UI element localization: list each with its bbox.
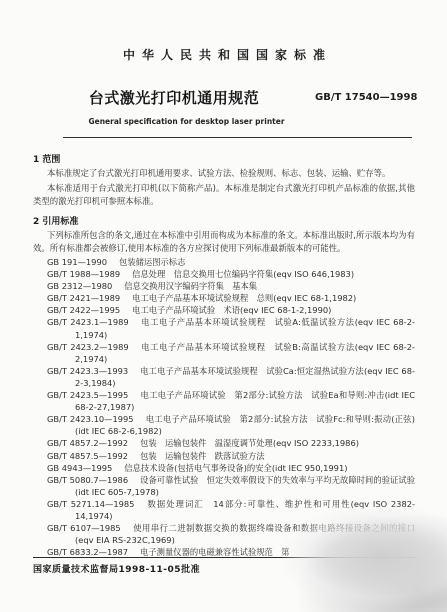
references-intro-paragraph: 下列标准所包含的条文,通过在本标准中引用而构成为本标准的条文。本标准出版时,所示… — [33, 229, 415, 255]
standard-reference-item: GB/T 4857.2—1992包装 运输包装件 温湿度调节处理(eqv ISO… — [33, 437, 415, 449]
standard-code: GB/T 2423.5—1995 — [47, 390, 128, 400]
standard-reference-item: GB/T 6107—1985使用串行二进制数据交换的数据终端设备和数据电路终接设… — [33, 522, 415, 546]
standard-reference-item: GB/T 5271.14—1985数据处理词汇 14部分:可靠性、维护性和可用性… — [33, 498, 415, 522]
standard-title-english: General specification for desktop laser … — [33, 117, 415, 126]
scope-paragraph-1: 本标准规定了台式激光打印机通用要求、试验方法、检验规则、标志、包装、运输、贮存等… — [33, 167, 415, 180]
scope-paragraph-2: 本标准适用于台式激光打印机(以下简称产品)。本标准是制定台式激光打印机产品标准的… — [33, 182, 415, 208]
standard-title: 信息交换用汉字编码字符集 基本集 — [124, 281, 257, 291]
standard-title: 包装 运输包装件 温湿度调节处理(eqv ISO 2233,1986) — [140, 438, 359, 448]
standard-reference-item: GB 191—1990包装储运图示标志 — [33, 256, 415, 268]
scanned-standard-page: { "header": { "country_heading": "中华人民共和… — [0, 0, 447, 612]
standard-reference-item: GB/T 5080.7—1986设备可靠性试验 恒定失效率假设下的失效率与平均无… — [33, 474, 415, 498]
standard-code: GB/T 2421—1989 — [47, 293, 120, 303]
standard-reference-item: GB/T 2423.2—1989电工电子产品基本环境试验规程 试验B:高温试验方… — [33, 341, 415, 365]
section-2-references-heading: 2 引用标准 — [33, 214, 415, 227]
standard-code: GB/T 5080.7—1986 — [47, 475, 128, 485]
standard-title: 电子测量仪器的电磁兼容性试验规范 第 — [140, 547, 289, 557]
referenced-standards-list: GB 191—1990包装储运图示标志GB/T 1988—1989信息处理 信息… — [33, 256, 415, 558]
standard-reference-item: GB 4943—1995信息技术设备(包括电气事务设备)的安全(idt IEC … — [33, 462, 415, 474]
standard-code: GB/T 1988—1989 — [47, 269, 120, 279]
header-divider-rule — [63, 137, 412, 138]
standard-code: GB 4943—1995 — [47, 463, 112, 473]
standard-code: GB/T 2423.1—1989 — [47, 317, 129, 327]
standard-title: 信息技术设备(包括电气事务设备)的安全(idt IEC 950,1991) — [124, 463, 347, 473]
standard-code: GB/T 2423.10—1995 — [47, 414, 134, 424]
standard-reference-item: GB/T 2423.10—1995电工电子产品环境试验 第2部分:试验方法 试验… — [33, 413, 415, 437]
standard-code: GB/T 2423.3—1993 — [47, 366, 128, 376]
standard-reference-item: GB/T 2423.5—1995电工电子产品环境试验 第2部分:试验方法 试验E… — [33, 389, 415, 413]
standard-code: GB/T 4857.5—1992 — [47, 451, 128, 461]
standard-code: GB/T 2422—1995 — [47, 305, 120, 315]
standard-reference-item: GB/T 2422—1995电工电子产品环境试验 术语(eqv IEC 68-1… — [33, 304, 415, 316]
standard-title: 电工电子产品基本环境试验规程 总则(eqv IEC 68-1,1982) — [132, 293, 356, 303]
footer-bar: 国家质量技术监督局1998-11-05批准 — [33, 557, 415, 575]
standard-code: GB/T 2423.2—1989 — [47, 342, 129, 352]
standard-title-chinese: 台式激光打印机通用规范 — [33, 87, 315, 108]
standard-reference-item: GB/T 1988—1989信息处理 信息交换用七位编码字符集(eqv ISO … — [33, 268, 415, 280]
standard-title: 包装 运输包装件 跌落试验方法 — [140, 451, 264, 461]
title-row: 台式激光打印机通用规范 GB/T 17540—1998 — [33, 87, 415, 108]
standard-reference-item: GB/T 4857.5—1992包装 运输包装件 跌落试验方法 — [33, 450, 415, 462]
standard-code: GB/T 6107—1985 — [47, 523, 121, 533]
standard-code: GB 2312—1980 — [47, 281, 112, 291]
standard-code: GB 191—1990 — [47, 257, 107, 267]
standard-reference-item: GB/T 2423.3—1993电工电子产品基本环境试验规程 试验Ca:恒定湿热… — [33, 365, 415, 389]
standard-reference-item: GB/T 2423.1—1989电工电子产品基本环境试验规程 试验A:低温试验方… — [33, 316, 415, 340]
standard-reference-item: GB 2312—1980信息交换用汉字编码字符集 基本集 — [33, 280, 415, 292]
standard-code: GB/T 4857.2—1992 — [47, 438, 128, 448]
approval-note: 国家质量技术监督局1998-11-05批准 — [33, 562, 415, 575]
section-1-scope-heading: 1 范围 — [33, 152, 415, 165]
standard-title: 使用串行二进制数据交换的数据终端设备和数据电路终接设备之间的接口(eqv EIA… — [75, 523, 415, 545]
standard-number: GB/T 17540—1998 — [315, 92, 415, 103]
standard-code: GB/T 6833.2—1987 — [47, 547, 128, 557]
standard-code: GB/T 5271.14—1985 — [47, 499, 134, 509]
document-page: 中华人民共和国国家标准 台式激光打印机通用规范 GB/T 17540—1998 … — [0, 0, 447, 612]
national-standard-heading: 中华人民共和国国家标准 — [33, 46, 415, 63]
standard-reference-item: GB/T 2421—1989电工电子产品基本环境试验规程 总则(eqv IEC … — [33, 292, 415, 304]
standard-title: 信息处理 信息交换用七位编码字符集(eqv ISO 646,1983) — [132, 269, 354, 279]
standard-title: 电工电子产品环境试验 术语(eqv IEC 68-1-2,1990) — [132, 305, 331, 315]
standard-title: 包装储运图示标志 — [119, 257, 185, 267]
